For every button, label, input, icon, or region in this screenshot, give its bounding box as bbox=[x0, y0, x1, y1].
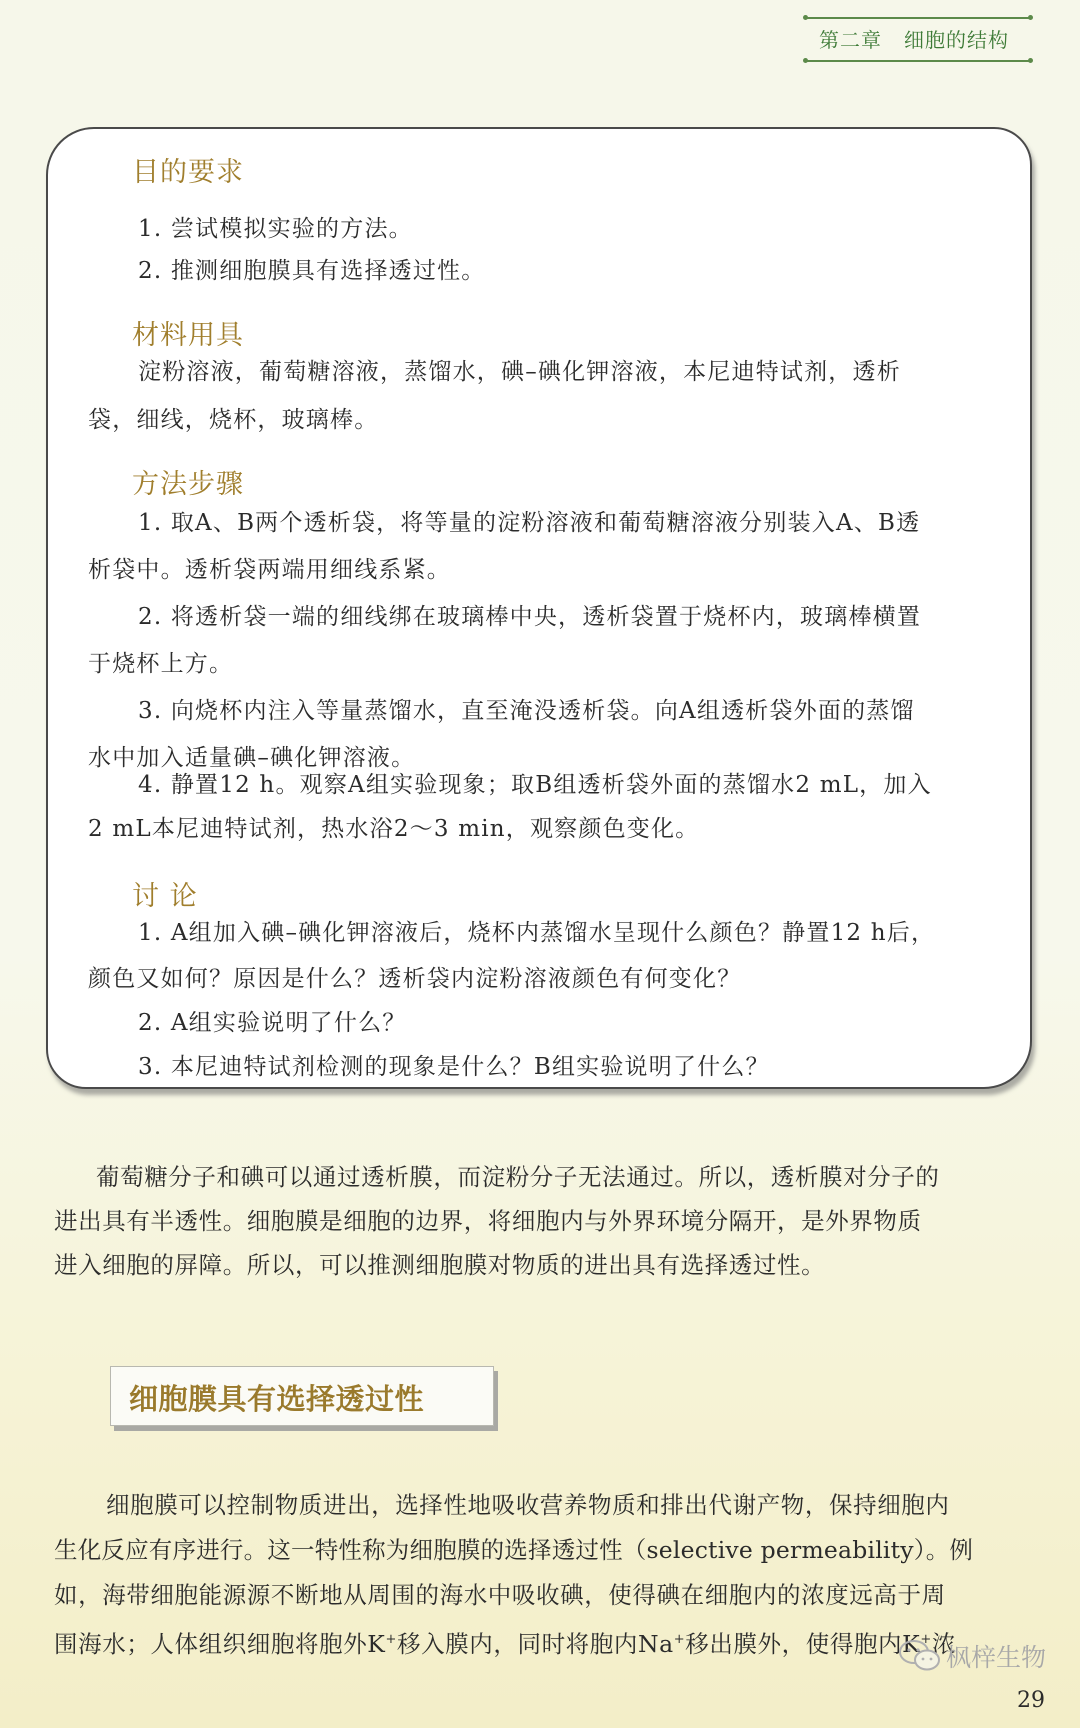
section-title-box: 细胞膜具有选择透过性 bbox=[110, 1366, 494, 1426]
materials-heading: 材料用具 bbox=[132, 313, 244, 352]
discussion-line: 2. A组实验说明了什么？ bbox=[138, 1008, 406, 1038]
section-paragraph-line: 生化反应有序进行。这一特性称为细胞膜的选择透过性（selective perme… bbox=[54, 1535, 973, 1565]
chapter-number: 第二章 bbox=[819, 28, 882, 52]
materials-line: 淀粉溶液，葡萄糖溶液，蒸馏水，碘–碘化钾溶液，本尼迪特试剂，透析 bbox=[138, 357, 901, 387]
discussion-line: 1. A组加入碘–碘化钾溶液后，烧杯内蒸馏水呈现什么颜色？静置12 h后， bbox=[138, 918, 935, 948]
procedure-heading: 方法步骤 bbox=[132, 462, 244, 501]
superscript: + bbox=[674, 1632, 686, 1647]
conclusion-line: 进入细胞的屏障。所以，可以推测细胞膜对物质的进出具有选择透过性。 bbox=[54, 1250, 825, 1280]
procedure-line: 3. 向烧杯内注入等量蒸馏水，直至淹没透析袋。向A组透析袋外面的蒸馏 bbox=[138, 696, 915, 726]
watermark: 枫梓生物 bbox=[898, 1638, 1046, 1674]
procedure-line: 析袋中。透析袋两端用细线系紧。 bbox=[88, 555, 451, 585]
section-paragraph-line: 细胞膜可以控制物质进出，选择性地吸收营养物质和排出代谢产物，保持细胞内 bbox=[106, 1490, 950, 1520]
objective-item: 1. 尝试模拟实验的方法。 bbox=[138, 214, 413, 244]
section-title: 细胞膜具有选择透过性 bbox=[129, 1377, 424, 1418]
procedure-line: 水中加入适量碘–碘化钾溶液。 bbox=[88, 743, 415, 773]
chapter-title: 第二章细胞的结构 bbox=[819, 24, 1009, 53]
watermark-text: 枫梓生物 bbox=[946, 1638, 1046, 1674]
text-segment: 围海水；人体组织细胞将胞外K bbox=[54, 1630, 385, 1658]
chapter-name: 细胞的结构 bbox=[904, 28, 1009, 52]
discussion-line: 颜色又如何？原因是什么？透析袋内淀粉溶液颜色有何变化？ bbox=[88, 964, 741, 994]
objective-item: 2. 推测细胞膜具有选择透过性。 bbox=[138, 256, 485, 286]
chapter-header: 第二章细胞的结构 bbox=[805, 14, 1031, 62]
superscript: + bbox=[385, 1632, 397, 1647]
procedure-line: 4. 静置12 h。观察A组实验现象；取B组透析袋外面的蒸馏水2 mL，加入 bbox=[138, 770, 932, 800]
procedure-line: 2. 将透析袋一端的细线绑在玻璃棒中央，透析袋置于烧杯内，玻璃棒横置 bbox=[138, 602, 921, 632]
wechat-icon bbox=[898, 1639, 942, 1673]
procedure-line: 于烧杯上方。 bbox=[88, 649, 233, 679]
discussion-line: 3. 本尼迪特试剂检测的现象是什么？B组实验说明了什么？ bbox=[138, 1052, 770, 1082]
text-segment: 移入膜内，同时将胞内Na bbox=[397, 1630, 674, 1658]
procedure-line: 1. 取A、B两个透析袋，将等量的淀粉溶液和葡萄糖溶液分别装入A、B透 bbox=[138, 508, 920, 538]
discussion-heading: 讨 论 bbox=[132, 874, 198, 913]
text-segment: 移出膜外，使得胞内K bbox=[685, 1630, 920, 1658]
conclusion-line: 进出具有半透性。细胞膜是细胞的边界，将细胞内与外界环境分隔开，是外界物质 bbox=[54, 1206, 922, 1236]
header-rule-bottom bbox=[805, 60, 1031, 62]
objectives-heading: 目的要求 bbox=[132, 150, 244, 189]
materials-line: 袋，细线，烧杯，玻璃棒。 bbox=[88, 405, 378, 435]
procedure-line: 2 mL本尼迪特试剂，热水浴2～3 min，观察颜色变化。 bbox=[88, 814, 699, 844]
section-paragraph-line: 围海水；人体组织细胞将胞外K+移入膜内，同时将胞内Na+移出膜外，使得胞内K+浓 bbox=[54, 1625, 956, 1659]
section-paragraph-line: 如，海带细胞能源源不断地从周围的海水中吸收碘，使得碘在细胞内的浓度远高于周 bbox=[54, 1580, 946, 1610]
header-rule-top bbox=[805, 17, 1031, 19]
page-number: 29 bbox=[1017, 1688, 1045, 1713]
conclusion-line: 葡萄糖分子和碘可以通过透析膜，而淀粉分子无法通过。所以，透析膜对分子的 bbox=[96, 1162, 940, 1192]
